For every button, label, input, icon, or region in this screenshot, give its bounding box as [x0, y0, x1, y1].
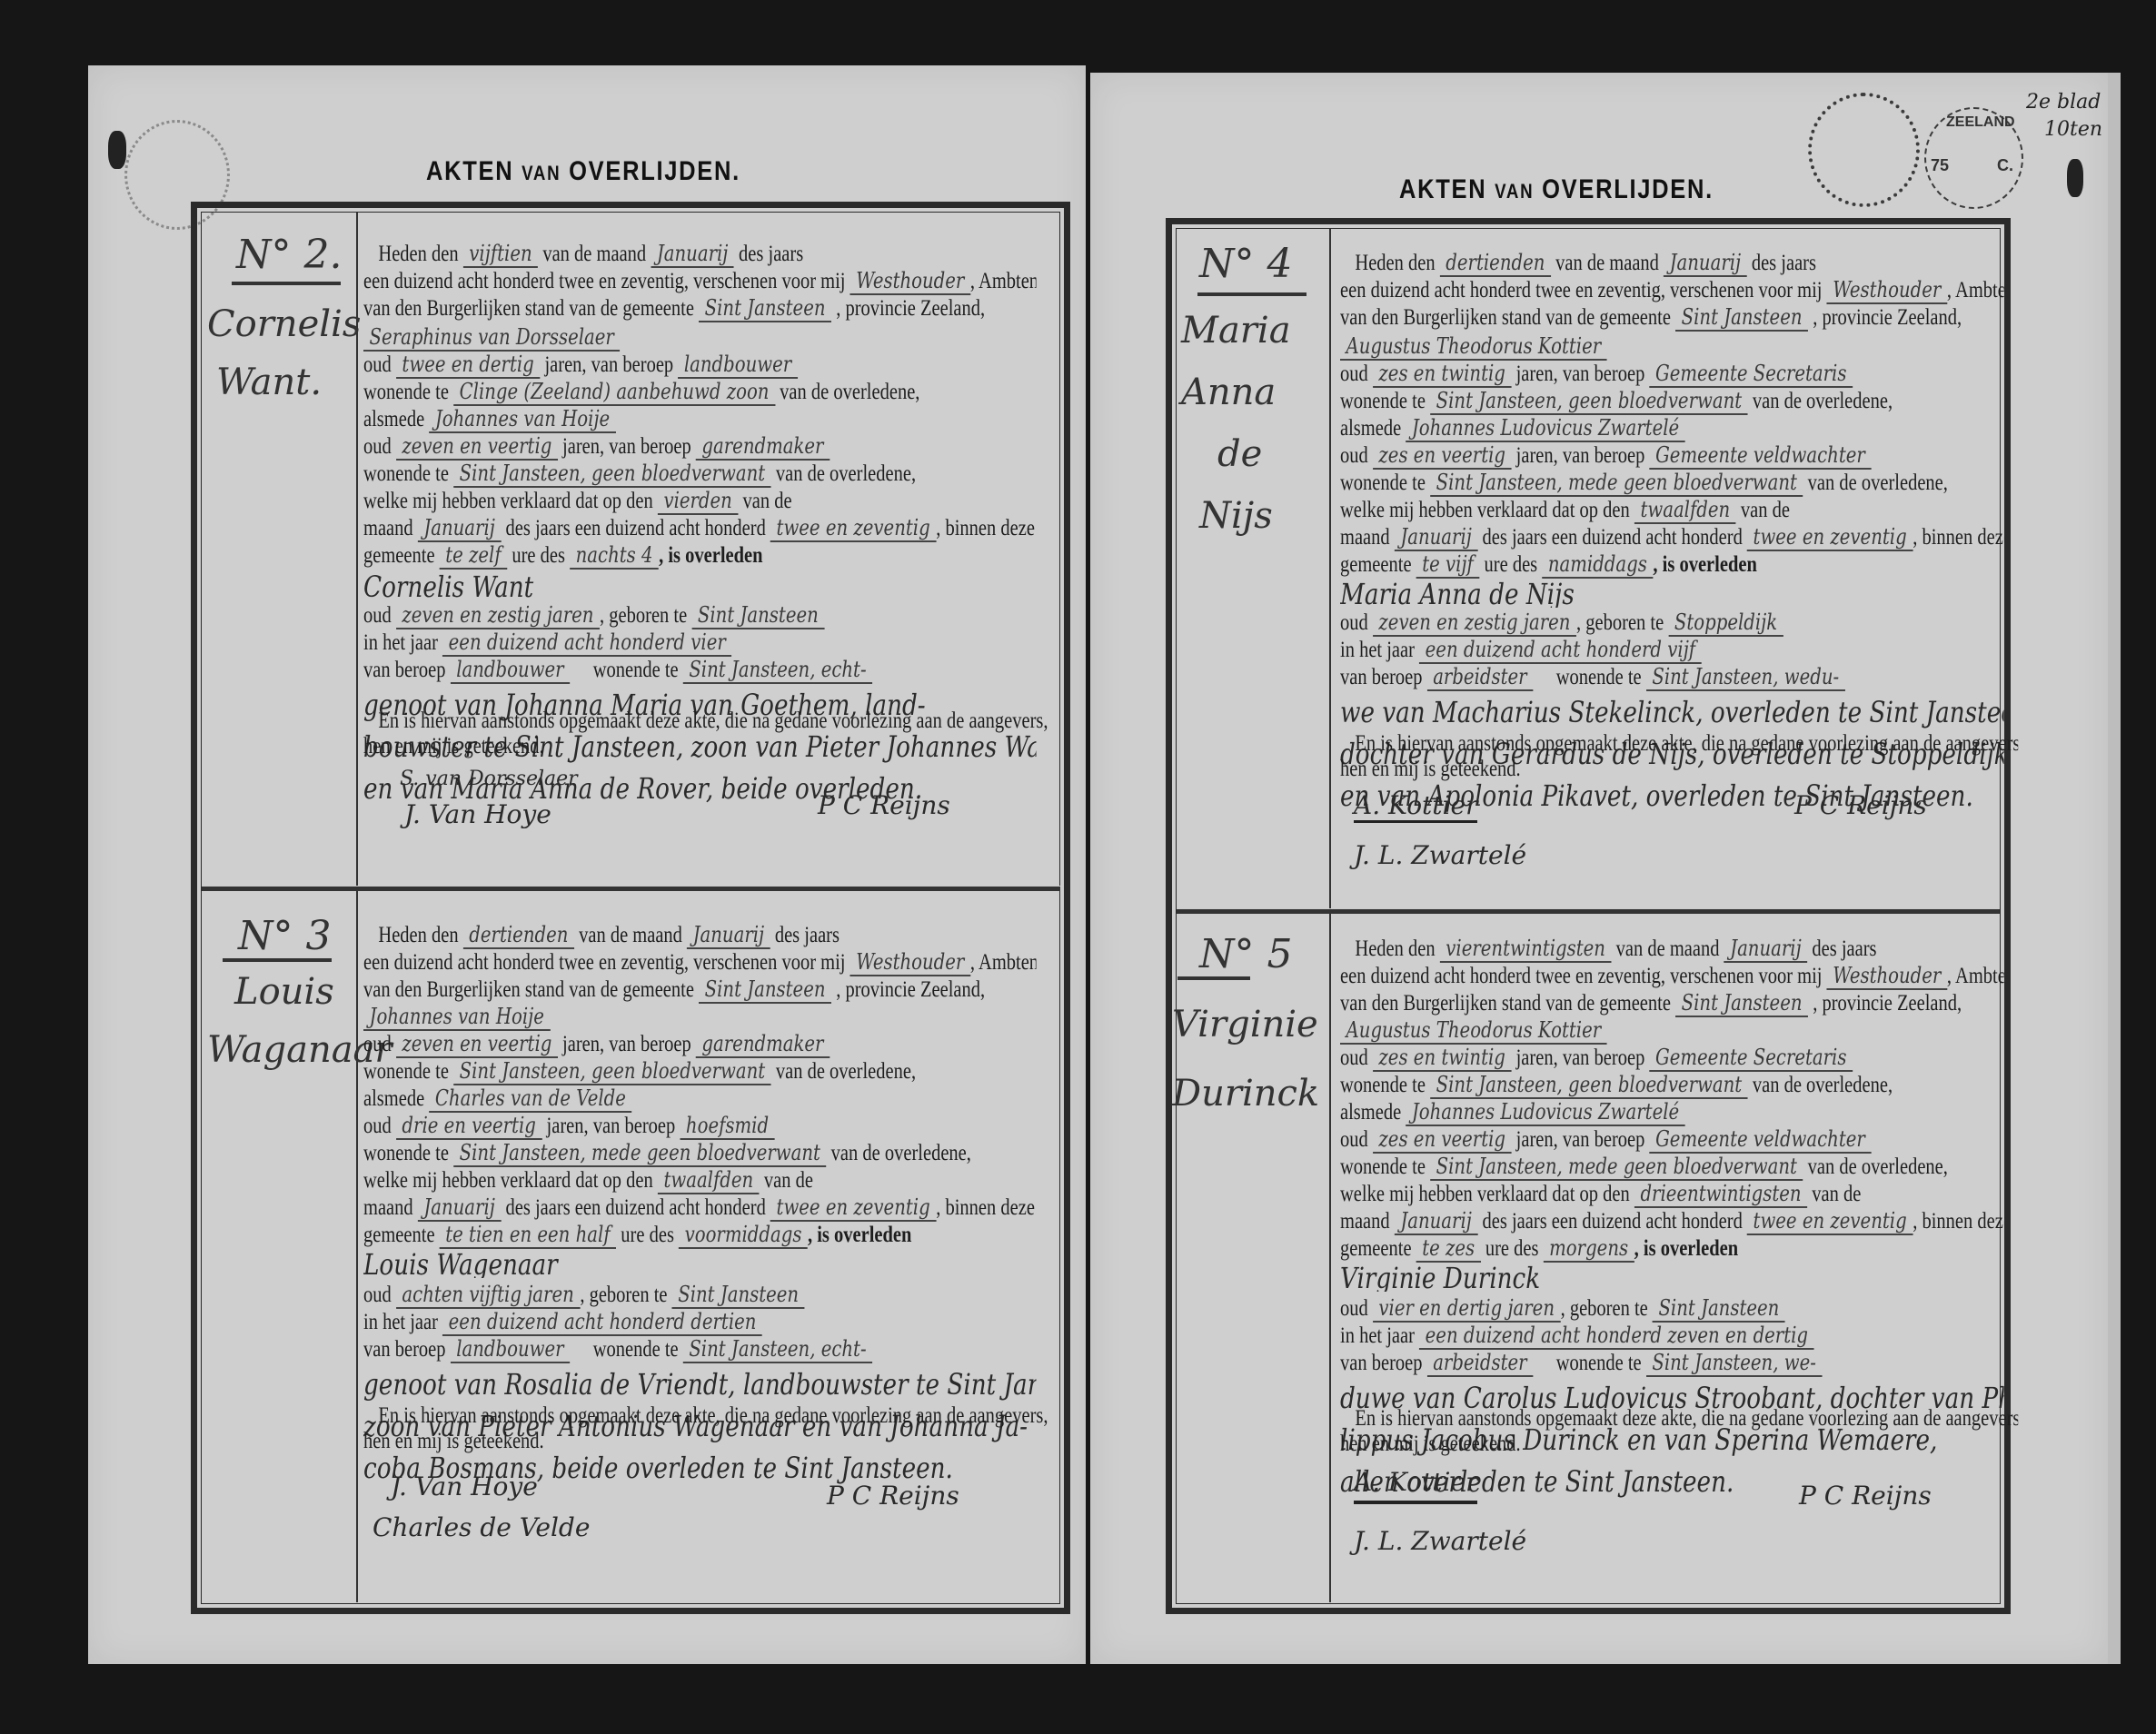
- death-hour-field: te vijf: [1416, 551, 1480, 579]
- death-month-field: Januarij: [418, 515, 502, 542]
- municipality-field: Sint Jansteen: [699, 976, 831, 1004]
- declarant2-occupation-field: hoefsmid: [680, 1113, 774, 1140]
- municipality-field: Sint Jansteen: [1675, 990, 1808, 1017]
- death-month-field: Januarij: [1395, 1208, 1478, 1235]
- margin-deceased-name: Virginie Durinck: [1172, 990, 1319, 1128]
- death-hour-field: te tien en een half: [440, 1222, 617, 1249]
- day-field: vijftien: [463, 241, 538, 268]
- tax-stamp-unit: C.: [1997, 156, 2013, 175]
- record-number: N° 5: [1199, 931, 1292, 977]
- day-field: vierentwintigsten: [1440, 936, 1612, 963]
- declarant1-age-field: zeven en veertig: [396, 1031, 558, 1058]
- declarant1-occupation-field: Gemeente Secretaris: [1649, 1045, 1853, 1072]
- birth-year-field: een duizend acht honderd vier: [442, 629, 731, 657]
- official-field: Westhouder: [1827, 277, 1947, 304]
- day-field: dertienden: [463, 922, 574, 949]
- month-field: Januarij: [1664, 250, 1747, 277]
- closing-text: hen en mij is geteekend.: [1340, 1432, 2003, 1462]
- number-underline: [1197, 292, 1307, 296]
- declarant2-age-field: zes en veertig: [1373, 1126, 1512, 1154]
- declarant2-residence-field: Sint Jansteen, geen bloedverwant: [453, 461, 771, 488]
- declarant1-age-field: zes en twintig: [1373, 361, 1512, 388]
- death-time-field: morgens: [1544, 1235, 1634, 1263]
- registrar-signature: P C Reijns: [818, 790, 950, 820]
- number-underline: [223, 958, 332, 962]
- signature: J. L. Zwartelé: [1354, 1526, 1526, 1556]
- page-annotation: 2e blad: [2026, 91, 2101, 114]
- occupation-field: arbeidster: [1427, 1350, 1533, 1377]
- record-number: N° 2.: [236, 232, 342, 278]
- birthplace-field: Stoppeldijk: [1668, 609, 1783, 637]
- municipality-field: Sint Jansteen: [699, 295, 831, 322]
- death-day-field: drieentwintigsten: [1634, 1181, 1807, 1208]
- death-hour-field: te zelf: [440, 542, 508, 570]
- death-day-field: twaalfden: [1634, 497, 1736, 524]
- declarant1-occupation-field: landbouwer: [678, 352, 797, 379]
- signature: J. Van Hoye: [404, 799, 551, 829]
- death-year-field: twee en zeventig: [770, 515, 936, 542]
- declarant1-residence-field: Sint Jansteen, geen bloedverwant: [1430, 388, 1748, 415]
- declarant1-occupation-field: Gemeente Secretaris: [1649, 361, 1853, 388]
- birth-year-field: een duizend acht honderd vijf: [1419, 637, 1702, 664]
- month-field: Januarij: [651, 241, 734, 268]
- declarant2-name-field: Johannes Ludovicus Zwartelé: [1406, 1099, 1684, 1126]
- entry-divider: [202, 886, 1060, 891]
- death-time-field: nachts 4: [570, 542, 659, 570]
- signature: S. van Dorsselaer: [400, 768, 578, 790]
- birth-year-field: een duizend acht honderd zeven en dertig: [1419, 1323, 1813, 1350]
- birth-year-field: een duizend acht honderd dertien: [442, 1309, 762, 1336]
- declarant1-name-field: Augustus Theodorus Kottier: [1340, 1017, 1607, 1045]
- death-month-field: Januarij: [1395, 524, 1478, 551]
- declarant1-residence-field: Sint Jansteen, geen bloedverwant: [1430, 1072, 1748, 1099]
- declarant1-occupation-field: garendmaker: [696, 1031, 830, 1058]
- left-margin-column: [202, 213, 358, 1602]
- closing-text: hen en mij is geteekend.: [363, 734, 1034, 765]
- official-field: Westhouder: [850, 268, 970, 295]
- margin-deceased-name: Maria Anna de Nijs: [1181, 300, 1291, 547]
- death-year-field: twee en zeventig: [1747, 524, 1913, 551]
- declarant2-residence-field: Sint Jansteen, mede geen bloedverwant: [1430, 470, 1803, 497]
- occupation-field: landbouwer: [451, 657, 570, 684]
- residence-field: Sint Jansteen, we-: [1646, 1350, 1823, 1377]
- residence-field: Sint Jansteen, wedu-: [1646, 664, 1845, 691]
- tax-stamp-region: ZEELAND: [1946, 114, 2015, 131]
- birthplace-field: Sint Jansteen: [691, 602, 824, 629]
- declarant1-age-field: zes en twintig: [1373, 1045, 1512, 1072]
- closing-text: hen en mij is geteekend.: [363, 1429, 1034, 1460]
- record-number: N° 3: [238, 913, 331, 959]
- municipality-field: Sint Jansteen: [1675, 304, 1808, 332]
- page-title-right: AKTEN VAN OVERLIJDEN.: [1399, 174, 1714, 205]
- declarant2-name-field: Johannes Ludovicus Zwartelé: [1406, 415, 1684, 442]
- signature: A. Kottier: [1354, 1467, 1477, 1504]
- declarant2-name-field: Charles van de Velde: [429, 1085, 631, 1113]
- handwritten-line: we van Macharius Stekelinck, overleden t…: [1340, 695, 2003, 735]
- deceased-name-field: Maria Anna de Nijs: [1340, 577, 1575, 608]
- occupation-field: arbeidster: [1427, 664, 1533, 691]
- number-underline: [1177, 976, 1250, 980]
- death-day-field: vierden: [658, 488, 739, 515]
- deceased-age-field: zeven en zestig jaren: [396, 602, 600, 629]
- record-number: N° 4: [1199, 241, 1292, 287]
- declarant1-name-field: Seraphinus van Dorsselaer: [363, 324, 620, 352]
- death-time-field: namiddags: [1542, 551, 1653, 579]
- declarant2-occupation-field: Gemeente veldwachter: [1650, 1126, 1872, 1154]
- deceased-name-field: Virginie Durinck: [1340, 1261, 1540, 1292]
- entry-divider: [1177, 908, 2000, 914]
- number-underline: [232, 282, 341, 285]
- residence-field: Sint Jansteen, echt-: [683, 657, 872, 684]
- ink-blot: [2067, 159, 2083, 197]
- declarant1-age-field: twee en dertig: [396, 352, 540, 379]
- declarant1-residence-field: Sint Jansteen, geen bloedverwant: [453, 1058, 771, 1085]
- declarant2-name-field: Johannes van Hoije: [429, 406, 615, 433]
- occupation-field: landbouwer: [451, 1336, 570, 1363]
- registrar-signature: P C Reijns: [827, 1481, 959, 1511]
- death-month-field: Januarij: [418, 1194, 502, 1222]
- declarant2-age-field: drie en veertig: [396, 1113, 542, 1140]
- declarant2-residence-field: Sint Jansteen, mede geen bloedverwant: [453, 1140, 826, 1167]
- deceased-name-field: Cornelis Want: [363, 570, 533, 600]
- declarant1-name-field: Augustus Theodorus Kottier: [1340, 333, 1607, 361]
- death-hour-field: te zes: [1416, 1235, 1481, 1263]
- registrar-signature: P C Reijns: [1799, 1481, 1932, 1511]
- signature: J. Van Hoye: [391, 1471, 538, 1501]
- page-annotation: 10ten: [2044, 118, 2102, 141]
- deceased-age-field: achten vijftig jaren: [396, 1282, 580, 1309]
- declarant2-occupation-field: garendmaker: [696, 433, 830, 461]
- day-field: dertienden: [1440, 250, 1551, 277]
- seal-stamp: [1808, 93, 1920, 207]
- deceased-name-field: Louis Wagenaar: [363, 1247, 558, 1278]
- closing-text: hen en mij is geteekend.: [1340, 757, 2003, 788]
- handwritten-line: genoot van Rosalia de Vriendt, landbouws…: [363, 1367, 1036, 1407]
- tax-stamp-value: 75: [1931, 156, 1949, 175]
- page-title-left: AKTEN VAN OVERLIJDEN.: [426, 156, 740, 187]
- birthplace-field: Sint Jansteen: [672, 1282, 805, 1309]
- deceased-age-field: zeven en zestig jaren: [1373, 609, 1576, 637]
- deceased-age-field: vier en dertig jaren: [1373, 1295, 1561, 1323]
- declarant1-residence-field: Clinge (Zeeland) aanbehuwd zoon: [453, 379, 775, 406]
- residence-field: Sint Jansteen, echt-: [683, 1336, 872, 1363]
- ink-blot: [108, 131, 126, 169]
- month-field: Januarij: [687, 922, 770, 949]
- signature: J. L. Zwartelé: [1354, 840, 1526, 870]
- declarant2-occupation-field: Gemeente veldwachter: [1650, 442, 1872, 470]
- record-body: Heden den dertienden van de maand Januar…: [363, 922, 1036, 1558]
- margin-deceased-name: Cornelis Want.: [207, 295, 361, 411]
- death-year-field: twee en zeventig: [1747, 1208, 1913, 1235]
- declarant2-age-field: zes en veertig: [1373, 442, 1512, 470]
- signature: Charles de Velde: [373, 1512, 590, 1542]
- signature: A. Kottier: [1354, 790, 1477, 823]
- official-field: Westhouder: [850, 949, 970, 976]
- declarant2-age-field: zeven en veertig: [396, 433, 558, 461]
- registrar-signature: P C Reijns: [1794, 790, 1927, 820]
- birthplace-field: Sint Jansteen: [1653, 1295, 1785, 1323]
- death-time-field: voormiddags: [679, 1222, 808, 1249]
- declarant2-residence-field: Sint Jansteen, mede geen bloedverwant: [1430, 1154, 1803, 1181]
- death-day-field: twaalfden: [658, 1167, 760, 1194]
- official-field: Westhouder: [1827, 963, 1947, 990]
- death-year-field: twee en zeventig: [770, 1194, 936, 1222]
- month-field: Januarij: [1724, 936, 1808, 963]
- declarant1-name-field: Johannes van Hoije: [363, 1004, 550, 1031]
